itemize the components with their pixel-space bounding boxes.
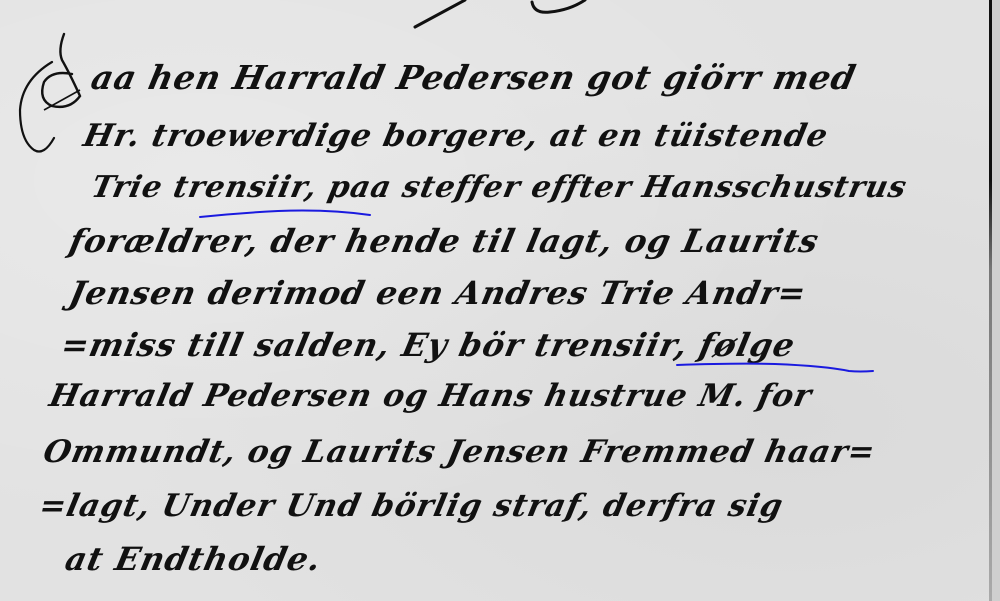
- annotation-underline-1: [198, 205, 373, 225]
- decorative-initial-letter: [14, 30, 84, 160]
- manuscript-line-4: forældrer, der hende til lagt, og Laurit…: [66, 222, 823, 260]
- manuscript-line-9: =lagt, Under Und börlig straf, derfra si…: [36, 488, 787, 524]
- manuscript-line-8: Ommundt, og Laurits Jensen Fremmed haar=: [40, 434, 879, 470]
- page-margin: [992, 0, 1000, 601]
- manuscript-line-1: aa hen Harrald Pedersen got giörr med: [88, 58, 860, 97]
- ascender-stroke: [410, 0, 470, 30]
- manuscript-line-7: Harrald Pedersen og Hans hustrue M. for: [46, 378, 815, 414]
- manuscript-line-6: =miss till salden, Ey bör trensiir, følg…: [58, 326, 799, 364]
- manuscript-page: aa hen Harrald Pedersen got giörr med Hr…: [0, 0, 990, 601]
- annotation-underline-2: [675, 360, 875, 376]
- manuscript-line-3: Trie trensiir, paa steffer effter Hanssc…: [88, 170, 910, 205]
- manuscript-line-2: Hr. troewerdige borgere, at en tüistende: [80, 118, 831, 154]
- manuscript-line-10: at Endtholde.: [62, 540, 325, 578]
- descender-loop-stroke: [530, 0, 590, 16]
- manuscript-line-5: Jensen derimod een Andres Trie Andr=: [66, 274, 810, 312]
